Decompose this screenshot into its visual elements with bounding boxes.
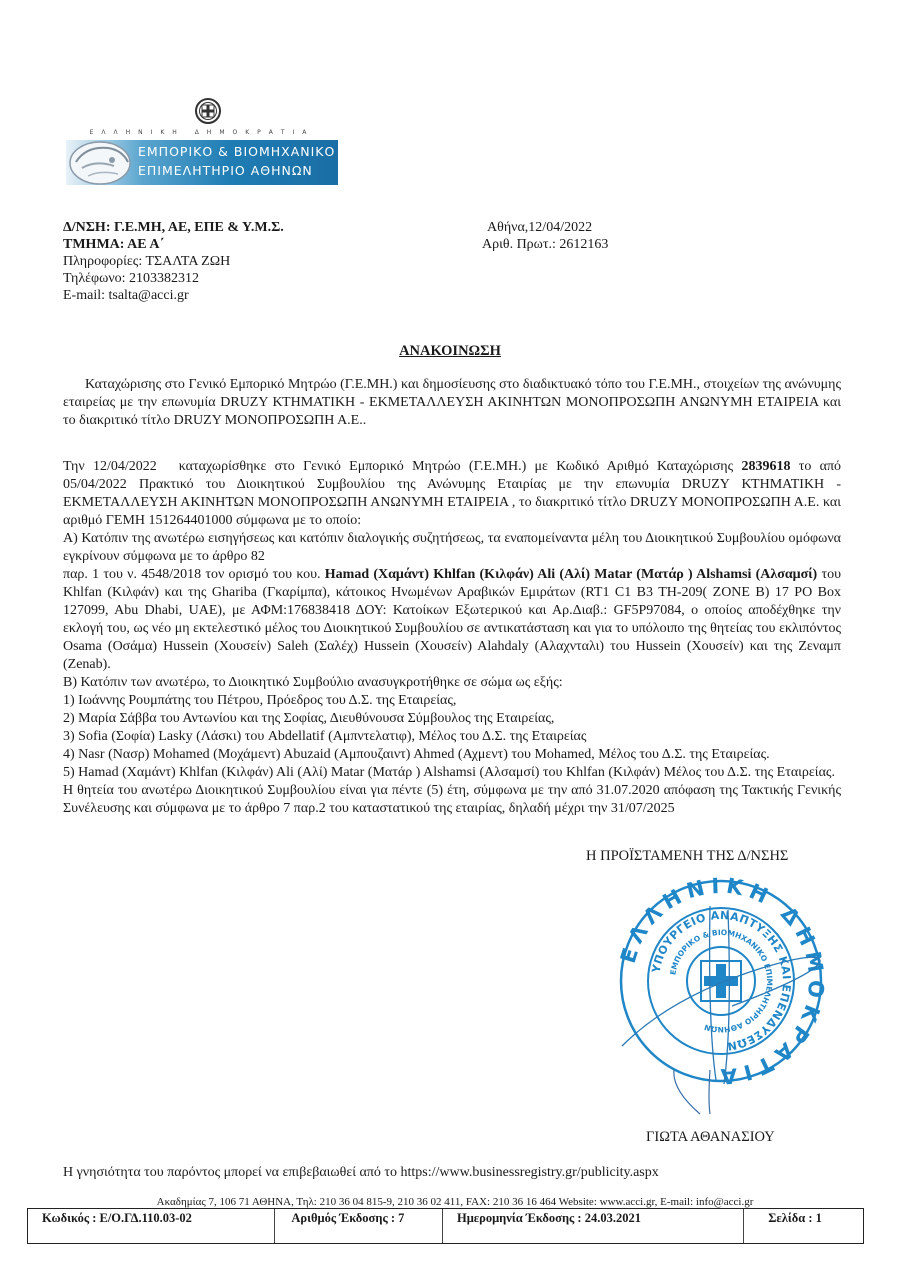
signatory-name: ΓΙΩΤΑ ΑΘΑΝΑΣΙΟΥ xyxy=(646,1129,775,1146)
phone-value: 2103382312 xyxy=(129,271,199,286)
signatory-title: Η ΠΡΟΪΣΤΑΜΕΝΗ ΤΗΣ Δ/ΝΣΗΣ xyxy=(586,848,788,865)
section-a-text: παρ. 1 του ν. 4548/2018 τον ορισμό του κ… xyxy=(63,567,321,582)
page-number: Σελίδα : 1 xyxy=(744,1209,863,1243)
directorate: Δ/ΝΣΗ: Γ.Ε.ΜΗ, ΑΕ, ΕΠΕ & Υ.Μ.Σ. xyxy=(63,219,284,236)
phone-label: Τηλέφωνο: xyxy=(63,271,126,286)
board-member-3: 3) Sofia (Σοφία) Lasky (Λάσκι) του Abdel… xyxy=(63,728,841,746)
edition-date: Ημερομηνία Έκδοσης : 24.03.2021 xyxy=(443,1209,744,1243)
hermes-head-icon xyxy=(66,138,144,186)
date-protocol-block: Αθήνα,12/04/2022 Αριθ. Πρωτ.: 2612163 xyxy=(487,219,608,253)
logo-republic-text: ΕΛΛΗΝΙΚΗ ΔΗΜΟΚΡΑΤΙΑ xyxy=(66,129,338,136)
email-value[interactable]: tsalta@acci.gr xyxy=(109,288,189,303)
document-control-table: Κωδικός : Ε/Ο.ΓΔ.110.03-02 Αριθμός Έκδοσ… xyxy=(27,1208,864,1244)
logo-line2: ΕΠΙΜΕΛΗΤΗΡΙΟ ΑΘΗΝΩΝ xyxy=(138,163,313,178)
chamber-logo: ΕΛΛΗΝΙΚΗ ΔΗΜΟΚΡΑΤΙΑ ΕΜΠΟΡΙΚΟ & ΒΙΟΜΗΧΑΝΙ… xyxy=(66,96,338,188)
appointee-details: του Khlfan (Κιλφάν) και της Ghariba (Γκα… xyxy=(63,567,841,672)
document-code: Κωδικός : Ε/Ο.ΓΔ.110.03-02 xyxy=(28,1209,275,1243)
registration-date: Την 12/04/2022 xyxy=(63,459,157,474)
intro-paragraph: Καταχώρισης στο Γενικό Εμπορικό Μητρώο (… xyxy=(63,376,841,430)
footer-address: Ακαδημίας 7, 106 71 ΑΘΗΝΑ, Τηλ: 210 36 0… xyxy=(0,1196,900,1208)
registration-text: καταχωρίσθηκε στο Γενικό Εμπορικό Μητρώο… xyxy=(179,459,733,474)
logo-line1: ΕΜΠΟΡΙΚΟ & ΒΙΟΜΗΧΑΝΙΚΟ xyxy=(138,144,335,159)
info-line: Πληροφορίες: ΤΣΑΛΤΑ ΖΩΗ xyxy=(63,253,284,270)
board-member-5: 5) Hamad (Χαμάντ) Khlfan (Κιλφάν) Ali (Α… xyxy=(63,764,841,782)
protocol-label: Αριθ. Πρωτ.: xyxy=(482,237,556,252)
edition-number: Αριθμός Έκδοσης : 7 xyxy=(275,1209,443,1243)
protocol-value: 2612163 xyxy=(559,237,608,252)
registration-number: 2839618 xyxy=(741,459,790,474)
section-a-appointment: παρ. 1 του ν. 4548/2018 τον ορισμό του κ… xyxy=(63,566,841,674)
board-member-4: 4) Nasr (Νασρ) Mohamed (Μοχάμεντ) Abuzai… xyxy=(63,746,841,764)
appointee-name: Hamad (Χαμάντ) Khlfan (Κιλφάν) Ali (Αλί)… xyxy=(325,567,817,582)
department: ΤΜΗΜΑ: ΑΕ Α΄ xyxy=(63,236,284,253)
signature-flourish-icon xyxy=(670,1070,730,1120)
greek-crest-icon xyxy=(193,96,223,126)
phone-line: Τηλέφωνο: 2103382312 xyxy=(63,270,284,287)
board-member-1: 1) Ιωάννης Ρουμπάτης του Πέτρου, Πρόεδρο… xyxy=(63,692,841,710)
document-title: ΑΝΑΚΟΙΝΩΣΗ xyxy=(0,343,900,360)
board-term: Η θητεία του ανωτέρω Διοικητικού Συμβουλ… xyxy=(63,782,841,818)
verification-note[interactable]: Η γνησιότητα του παρόντος μπορεί να επιβ… xyxy=(63,1165,659,1181)
info-value: ΤΣΑΛΤΑ ΖΩΗ xyxy=(145,254,230,269)
section-b-intro: Β) Κατόπιν των ανωτέρω, το Διοικητικό Συ… xyxy=(63,674,841,692)
info-label: Πληροφορίες: xyxy=(63,254,142,269)
email-line: E-mail: tsalta@acci.gr xyxy=(63,287,284,304)
section-a-paragraph: Α) Κατόπιν της ανωτέρω εισηγήσεως και κα… xyxy=(63,530,841,566)
official-stamp-icon: ΕΛΛΗΝΙΚΗ ΔΗΜΟΚΡΑΤΙΑ ΥΠΟΥΡΓΕΙΟ ΑΝΑΠΤΥΞΗΣ … xyxy=(612,876,830,1086)
announcement-body: Την 12/04/2022καταχωρίσθηκε στο Γενικό Ε… xyxy=(63,458,841,818)
protocol-line: Αριθ. Πρωτ.: 2612163 xyxy=(482,236,608,253)
sender-block: Δ/ΝΣΗ: Γ.Ε.ΜΗ, ΑΕ, ΕΠΕ & Υ.Μ.Σ. ΤΜΗΜΑ: Α… xyxy=(63,219,284,304)
email-label: E-mail: xyxy=(63,288,105,303)
board-member-2: 2) Μαρία Σάββα του Αντωνίου και της Σοφί… xyxy=(63,710,841,728)
registration-paragraph: Την 12/04/2022καταχωρίσθηκε στο Γενικό Ε… xyxy=(63,458,841,530)
place-date: Αθήνα,12/04/2022 xyxy=(487,219,608,236)
